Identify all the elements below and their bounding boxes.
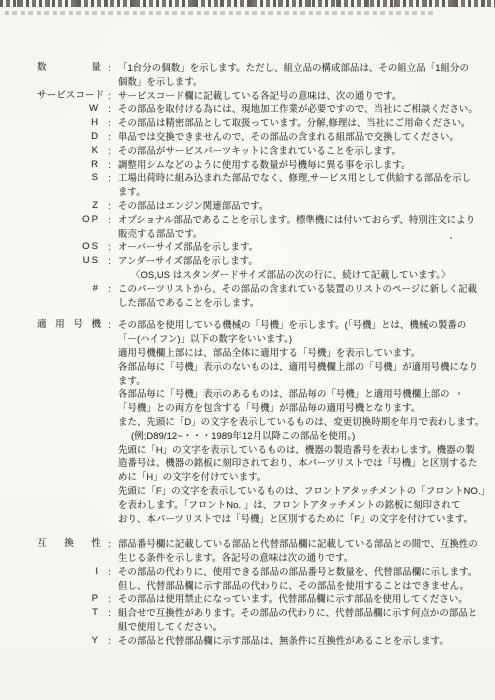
section-quantity: 数量:「1台分の個数」を示します。ただし、組立品の構成部品は、その組立品「1組分…	[37, 61, 469, 89]
definition-text: ます。	[118, 374, 469, 388]
colon-separator	[101, 332, 118, 346]
definition-text: 各部品毎に「号機」表示のあるものは、部品毎の「号機」と適用号機欄上部の	[118, 387, 469, 401]
label-cell	[37, 360, 101, 374]
definition-text: 先頭に「F」の文字を表示しているものは、フロントアタッチメントの「フロントNO.…	[118, 484, 490, 498]
definition-row: Z:その部品はエンジン関連部品です。	[37, 199, 469, 213]
label-cell: T	[37, 606, 101, 620]
code-label: US	[37, 254, 101, 268]
definition-row: P:その部品は使用禁止になっています。代替部品欄に示す部品を使用してください。	[37, 592, 469, 606]
scan-artifact-second-strip	[5, 11, 435, 15]
definition-row: 「ー(ハイフン)」以下の数字をいいます。)	[37, 332, 469, 346]
definition-text: 造番号は、機器の銘板に刻印されており、本パーツリストでは「号機」と区別するた	[118, 456, 478, 470]
term-char: ス	[66, 89, 76, 103]
term-char: 用	[55, 318, 65, 332]
definition-row: OP:オプショナル部品であることを示します。標準機には付いておらず、特別注文によ…	[37, 213, 469, 227]
definition-text: 販売する部品です。	[118, 227, 469, 241]
definition-text: 各部品毎に「号機」表示のないものは、適用号機欄上部の「号機」が適用号機になり	[118, 360, 478, 374]
definition-text: その部品はエンジン関連部品です。	[118, 199, 469, 213]
label-cell	[37, 227, 101, 241]
label-cell: D	[37, 130, 101, 144]
definition-row: 先頭に「F」の文字を表示しているものは、フロントアタッチメントの「フロントNO.…	[37, 484, 469, 498]
label-cell	[37, 185, 101, 199]
term-char: 適	[37, 318, 47, 332]
label-cell: サービスコード	[37, 89, 101, 103]
label-cell: OS	[37, 240, 101, 254]
term-char: 量	[91, 61, 101, 75]
definition-row: D:単品では交換できませんので、その部品の含まれる組部品で交換してください。	[37, 130, 469, 144]
label-cell	[37, 401, 101, 415]
colon-separator	[101, 620, 118, 634]
scanned-page: 数量:「1台分の個数」を示します。ただし、組立品の構成部品は、その組立品「1組分…	[0, 0, 495, 700]
definition-text: その部品は使用禁止になっています。代替部品欄に示す部品を使用してください。	[118, 592, 469, 606]
section-serial-applicability: 適用号機:その部品を使用している機械の「号機」を示します。(「号機」とは、機械の…	[37, 318, 469, 525]
label-cell	[37, 75, 101, 89]
definition-text: オーバーサイズ部品を示します。	[118, 240, 469, 254]
definition-row: 適用号機欄上部には、部品全体に適用する「号機」を表示しています。	[37, 346, 469, 360]
colon-separator: :	[101, 130, 118, 144]
definition-text: 「号機」との両方を包含する「号機」が部品毎の適用号機となります。	[118, 401, 469, 415]
definition-text: 適用号機欄上部には、部品全体に適用する「号機」を表示しています。	[118, 346, 469, 360]
label-cell: 適用号機	[37, 318, 101, 332]
code-label: OS	[37, 240, 101, 254]
definition-text: このパーツリストから、その部品の含まれている装置のリストのページに新しく記載	[118, 282, 477, 296]
label-cell	[37, 332, 101, 346]
definition-text: した部品であることを示します。	[118, 296, 469, 310]
definition-row: I:その部品の代わりに、使用できる部品の部品番号と数量を、代替部品欄に示します。	[37, 565, 469, 579]
label-cell	[37, 579, 101, 593]
definition-row: 販売する部品です。	[37, 227, 469, 241]
term-char: 機	[91, 318, 101, 332]
definition-text: その部品と代替部品欄に示す部品は、無条件に互換性があることを示します。	[118, 634, 469, 648]
definition-text: 但し、代替部品欄に示す部品の代わりに、その部品を使用することはできません。	[118, 579, 469, 593]
colon-separator: :	[101, 606, 118, 620]
definition-row: した部品であることを示します。	[37, 296, 469, 310]
colon-separator	[101, 346, 118, 360]
term-label: 適用号機	[37, 318, 101, 332]
definition-text: 工場出荷時に組み込まれた部品でなく、修理,サービス用として供給する部品を示し	[118, 171, 471, 185]
label-cell	[37, 512, 101, 526]
colon-separator	[101, 551, 118, 565]
definition-row: K:その部品がサービスパーツキットに含まれていることを示します。	[37, 144, 469, 158]
term-char: 互	[37, 537, 47, 551]
definition-row: 数量:「1台分の個数」を示します。ただし、組立品の構成部品は、その組立品「1組分…	[37, 61, 469, 75]
code-label: D	[37, 130, 101, 144]
code-label: P	[37, 592, 101, 606]
label-cell	[37, 551, 101, 565]
label-cell: 互換性	[37, 537, 101, 551]
label-cell: #	[37, 282, 101, 296]
colon-separator: :	[101, 565, 118, 579]
colon-separator	[101, 456, 118, 470]
term-char: ビ	[56, 89, 66, 103]
label-cell: K	[37, 144, 101, 158]
colon-separator	[101, 374, 118, 388]
definition-row: ます。	[37, 374, 469, 388]
definition-row: Y:その部品と代替部品欄に示す部品は、無条件に互換性があることを示します。	[37, 634, 469, 648]
code-label: Z	[37, 199, 101, 213]
definition-text: オプショナル部品であることを示します。標準機には付いておらず、特別注文により	[118, 213, 475, 227]
colon-separator: :	[101, 318, 118, 332]
definition-row: 適用号機:その部品を使用している機械の「号機」を示します。(「号機」とは、機械の…	[37, 318, 469, 332]
definition-text: その部品がサービスパーツキットに含まれていることを示します。	[118, 144, 469, 158]
label-cell: I	[37, 565, 101, 579]
code-label: H	[37, 116, 101, 130]
colon-separator	[101, 268, 118, 282]
definition-row: おり、本パーツリストでは「号機」と区別するために「F」の文字を付けています。	[37, 512, 469, 526]
term-char: 号	[73, 318, 83, 332]
label-cell: Z	[37, 199, 101, 213]
colon-separator	[101, 185, 118, 199]
definition-row: (例;D89/12~・・・1989年12月以降この部品を使用。)	[37, 429, 469, 443]
colon-separator	[101, 360, 118, 374]
definition-text: 組合せで互換性があります。その部品の代わりに、代替部品欄に示す何点かの部品と	[118, 606, 477, 620]
definition-row: R:調整用シムなどのように使用する数量が号機毎に異る事を示します。	[37, 158, 469, 172]
definition-row: 但し、代替部品欄に示す部品の代わりに、その部品を使用することはできません。	[37, 579, 469, 593]
definition-text: を表わします。「フロントNo. 」は、フロントアタッチメントの銘板に刻印されて	[118, 498, 469, 512]
colon-separator	[101, 470, 118, 484]
definition-text: その部品を使用している機械の「号機」を示します。(「号機」とは、機械の製番の	[118, 318, 469, 332]
label-cell: OP	[37, 213, 101, 227]
label-cell: S	[37, 171, 101, 185]
label-cell	[37, 268, 101, 282]
colon-separator: :	[101, 116, 118, 130]
definition-row: 先頭に「H」の文字を表示しているものは、機器の製造番号を表わします。機器の製	[37, 443, 469, 457]
colon-separator	[101, 498, 118, 512]
code-label: R	[37, 158, 101, 172]
definition-text: めに「H」の文字を付けています。	[118, 470, 469, 484]
definition-row: 組で使用してください。	[37, 620, 469, 634]
code-label: OP	[37, 213, 101, 227]
definition-text: おり、本パーツリストでは「号機」と区別するために「F」の文字を付けています。	[118, 512, 473, 526]
definition-row: めに「H」の文字を付けています。	[37, 470, 469, 484]
definition-row: 「号機」との両方を包含する「号機」が部品毎の適用号機となります。	[37, 401, 469, 415]
label-cell: 数量	[37, 61, 101, 75]
colon-separator: :	[101, 61, 118, 75]
definition-row: OS:オーバーサイズ部品を示します。	[37, 240, 469, 254]
definition-text: 〈OS,US はスタンダードサイズ部品の次の行に、続けて記載しています。〉	[118, 268, 469, 282]
definition-row: また、先頭に「D」の文字を表示しているものは、変更切換時期を年月で表わします。	[37, 415, 469, 429]
definition-text: 調整用シムなどのように使用する数量が号機毎に異る事を示します。	[118, 158, 469, 172]
definition-row: #:このパーツリストから、その部品の含まれている装置のリストのページに新しく記載	[37, 282, 469, 296]
colon-separator: :	[101, 158, 118, 172]
definition-text: 先頭に「H」の文字を表示しているものは、機器の製造番号を表わします。機器の製	[118, 443, 475, 457]
definition-row: 造番号は、機器の銘板に刻印されており、本パーツリストでは「号機」と区別するた	[37, 456, 469, 470]
code-label: T	[37, 606, 101, 620]
definition-text: 生じる条件を示します。各記号の意味は次の通りです。	[118, 551, 469, 565]
definition-row: H:その部品は精密部品として取扱っています。分解,修理は、当社にご用命ください。	[37, 116, 469, 130]
code-label: W	[37, 102, 101, 116]
colon-separator: :	[101, 171, 118, 185]
label-cell: R	[37, 158, 101, 172]
definition-text: その部品を取付ける為には、現地加工作業が必要ですので、当社にご相談ください。	[118, 102, 478, 116]
definition-text: 個数」を示します。	[118, 75, 469, 89]
definition-text: また、先頭に「D」の文字を表示しているものは、変更切換時期を年月で表わします。	[118, 415, 484, 429]
definition-row: サービスコード:サービスコード欄に記載している各記号の意味は、次の通りです。	[37, 89, 469, 103]
term-char: コ	[75, 89, 85, 103]
code-label: I	[37, 565, 101, 579]
term-char: サ	[37, 89, 47, 103]
definition-row: W:その部品を取付ける為には、現地加工作業が必要ですので、当社にご相談ください。	[37, 102, 469, 116]
code-label: S	[37, 171, 101, 185]
definition-row: を表わします。「フロントNo. 」は、フロントアタッチメントの銘板に刻印されて	[37, 498, 469, 512]
colon-separator	[101, 296, 118, 310]
definition-row: S:工場出荷時に組み込まれた部品でなく、修理,サービス用として供給する部品を示し	[37, 171, 469, 185]
label-cell	[37, 484, 101, 498]
term-char: ー	[47, 89, 57, 103]
definition-text: 「ー(ハイフン)」以下の数字をいいます。)	[118, 332, 469, 346]
label-cell	[37, 498, 101, 512]
code-label: Y	[37, 634, 101, 648]
definition-text: サービスコード欄に記載している各記号の意味は、次の通りです。	[118, 89, 469, 103]
definition-text: 部品番号欄に記載している部品と代替部品欄に記載している部品との間で、互換性の	[118, 537, 478, 551]
definition-row: 生じる条件を示します。各記号の意味は次の通りです。	[37, 551, 469, 565]
definition-row: 個数」を示します。	[37, 75, 469, 89]
label-cell	[37, 470, 101, 484]
definition-text: その部品の代わりに、使用できる部品の部品番号と数量を、代替部品欄に示します。	[118, 565, 477, 579]
colon-separator: :	[101, 102, 118, 116]
definition-row: US:アンダーサイズ部品を示します。	[37, 254, 469, 268]
label-cell	[37, 620, 101, 634]
term-label: 互換性	[37, 537, 101, 551]
definition-row: T:組合せで互換性があります。その部品の代わりに、代替部品欄に示す何点かの部品と	[37, 606, 469, 620]
colon-separator: :	[101, 89, 118, 103]
label-cell	[37, 429, 101, 443]
colon-separator	[101, 429, 118, 443]
colon-separator	[101, 512, 118, 526]
term-char: 数	[37, 61, 47, 75]
colon-separator: :	[101, 634, 118, 648]
colon-separator	[101, 484, 118, 498]
code-label: #	[37, 282, 101, 296]
colon-separator: :	[101, 240, 118, 254]
term-char: 換	[64, 537, 74, 551]
colon-separator: :	[101, 254, 118, 268]
colon-separator: :	[101, 282, 118, 296]
colon-separator	[101, 401, 118, 415]
colon-separator: :	[101, 199, 118, 213]
colon-separator	[101, 579, 118, 593]
definition-text: 単品では交換できませんので、その部品の含まれる組部品で交換してください。	[118, 130, 469, 144]
colon-separator	[101, 75, 118, 89]
term-char: ー	[85, 89, 95, 103]
term-label: サービスコード	[37, 89, 101, 103]
definition-text: アンダーサイズ部品を示します。	[118, 254, 469, 268]
code-label: K	[37, 144, 101, 158]
section-service-code: サービスコード:サービスコード欄に記載している各記号の意味は、次の通りです。W:…	[37, 89, 469, 310]
colon-separator: :	[101, 592, 118, 606]
definition-text: (例;D89/12~・・・1989年12月以降この部品を使用。)	[118, 429, 469, 443]
colon-separator	[101, 415, 118, 429]
definition-text: その部品は精密部品として取扱っています。分解,修理は、当社にご用命ください。	[118, 116, 471, 130]
colon-separator: :	[101, 144, 118, 158]
definition-list: 数量:「1台分の個数」を示します。ただし、組立品の構成部品は、その組立品「1組分…	[37, 61, 469, 648]
label-cell	[37, 415, 101, 429]
definition-text: 組で使用してください。	[118, 620, 469, 634]
label-cell: Y	[37, 634, 101, 648]
label-cell	[37, 346, 101, 360]
label-cell	[37, 456, 101, 470]
term-char: 性	[91, 537, 101, 551]
label-cell	[37, 443, 101, 457]
term-label: 数量	[37, 61, 101, 75]
definition-text: 「1台分の個数」を示します。ただし、組立品の構成部品は、その組立品「1組分の	[118, 61, 469, 75]
definition-row: ます。	[37, 185, 469, 199]
colon-separator: :	[101, 213, 118, 227]
section-compatibility: 互換性:部品番号欄に記載している部品と代替部品欄に記載している部品との間で、互換…	[37, 537, 469, 647]
label-cell: H	[37, 116, 101, 130]
label-cell: P	[37, 592, 101, 606]
scan-artifact-top-strip	[0, 0, 495, 7]
definition-text: ます。	[118, 185, 469, 199]
label-cell	[37, 374, 101, 388]
label-cell	[37, 387, 101, 401]
definition-row: 〈OS,US はスタンダードサイズ部品の次の行に、続けて記載しています。〉	[37, 268, 469, 282]
definition-row: 互換性:部品番号欄に記載している部品と代替部品欄に記載している部品との間で、互換…	[37, 537, 469, 551]
colon-separator: :	[101, 537, 118, 551]
colon-separator	[101, 387, 118, 401]
colon-separator	[101, 227, 118, 241]
label-cell: W	[37, 102, 101, 116]
definition-row: 各部品毎に「号機」表示のないものは、適用号機欄上部の「号機」が適用号機になり	[37, 360, 469, 374]
label-cell: US	[37, 254, 101, 268]
label-cell	[37, 296, 101, 310]
colon-separator	[101, 443, 118, 457]
definition-row: 各部品毎に「号機」表示のあるものは、部品毎の「号機」と適用号機欄上部の	[37, 387, 469, 401]
